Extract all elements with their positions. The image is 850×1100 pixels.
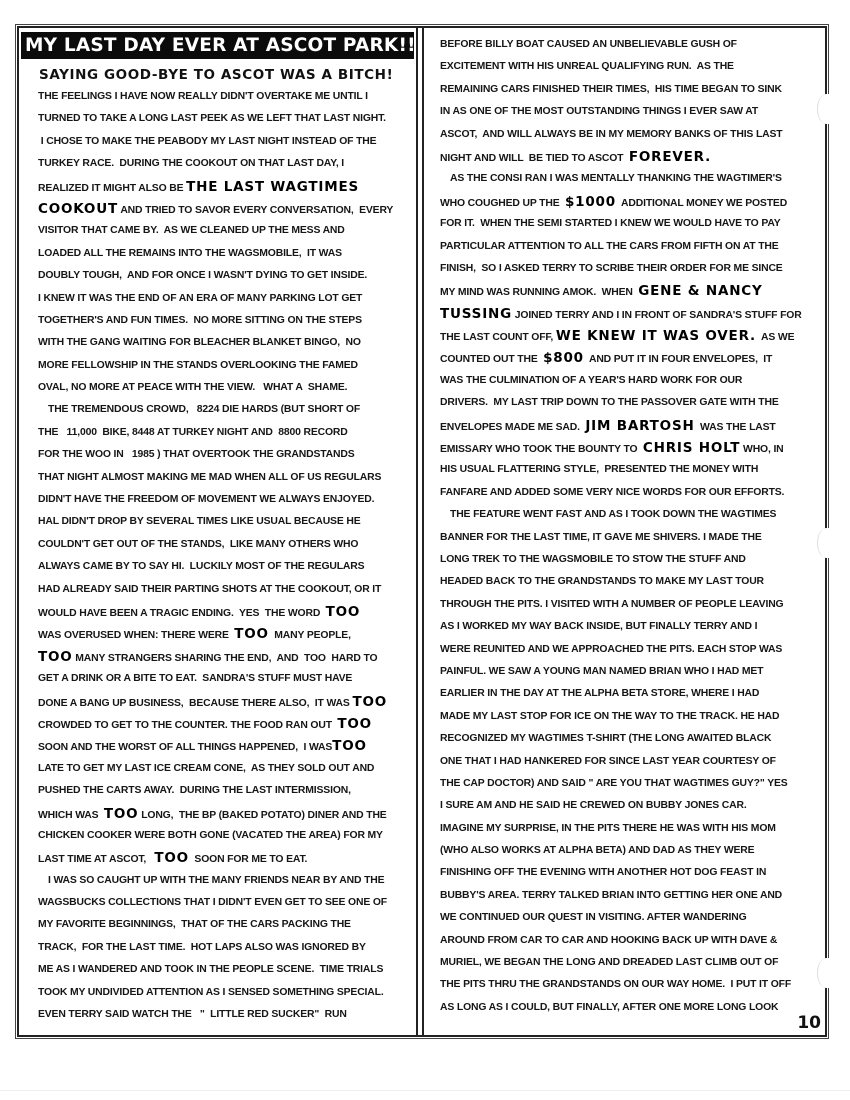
text-line: TOOK MY UNDIVIDED ATTENTION AS I SENSED … [38,982,416,1004]
text-line: VISITOR THAT CAME BY. AS WE CLEANED UP T… [38,220,416,242]
text-line: HEADED BACK TO THE GRANDSTANDS TO MAKE M… [440,571,825,593]
emphasized-text: $800 [543,350,584,366]
text-line: I WAS SO CAUGHT UP WITH THE MANY FRIENDS… [38,870,416,892]
text-line: I KNEW IT WAS THE END OF AN ERA OF MANY … [38,288,416,310]
text-line: HAD ALREADY SAID THEIR PARTING SHOTS AT … [38,579,416,601]
text-line: THE 11,000 BIKE, 8448 AT TURKEY NIGHT AN… [38,422,416,444]
text-line: MY MIND WAS RUNNING AMOK. WHEN GENE & NA… [440,280,825,302]
punch-hole-mark [817,528,836,558]
text-line: WAS OVERUSED WHEN: THERE WERE TOO MANY P… [38,623,416,645]
text-segment: THE LAST COUNT OFF, [440,332,556,343]
text-segment: EMISSARY WHO TOOK THE BOUNTY TO [440,444,643,455]
text-line: THAT NIGHT ALMOST MAKING ME MAD WHEN ALL… [38,467,416,489]
text-line: EXCITEMENT WITH HIS UNREAL QUALIFYING RU… [440,56,825,78]
punch-hole-mark [817,958,836,988]
text-line: (WHO ALSO WORKS AT ALPHA BETA) AND DAD A… [440,840,825,862]
text-line: LAST TIME AT ASCOT, TOO SOON FOR ME TO E… [38,847,416,869]
text-line: TOGETHER'S AND FUN TIMES. NO MORE SITTIN… [38,310,416,332]
text-segment: ENVELOPES MADE ME SAD. [440,422,585,433]
text-line: AS I WORKED MY WAY BACK INSIDE, BUT FINA… [440,616,825,638]
text-line: AS LONG AS I COULD, BUT FINALLY, AFTER O… [440,997,825,1019]
text-line: TRACK, FOR THE LAST TIME. HOT LAPS ALSO … [38,937,416,959]
text-line: WHO COUGHED UP THE $1000 ADDITIONAL MONE… [440,191,825,213]
text-line: COULDN'T GET OUT OF THE STANDS, LIKE MAN… [38,534,416,556]
emphasized-text: THE LAST WAGTIMES [186,179,359,195]
text-line: REMAINING CARS FINISHED THEIR TIMES, HIS… [440,79,825,101]
text-segment: ADDITIONAL MONEY WE POSTED [616,198,787,209]
text-line: ONE THAT I HAD HANKERED FOR SINCE LAST Y… [440,751,825,773]
text-segment: AS WE [756,332,794,343]
emphasized-text: TOO [332,738,367,754]
emphasized-text: TOO [154,850,189,866]
text-line: HIS USUAL FLATTERING STYLE, PRESENTED TH… [440,459,825,481]
text-line: TURNED TO TAKE A LONG LAST PEEK AS WE LE… [38,108,416,130]
text-line: BANNER FOR THE LAST TIME, IT GAVE ME SHI… [440,527,825,549]
text-line: IN AS ONE OF THE MOST OUTSTANDING THINGS… [440,101,825,123]
text-segment: LONG, THE BP (BAKED POTATO) DINER AND TH… [138,810,386,821]
text-segment: MANY STRANGERS SHARING THE END, AND TOO … [73,653,378,664]
right-column: BEFORE BILLY BOAT CAUSED AN UNBELIEVABLE… [422,28,825,1035]
text-line: EVEN TERRY SAID WATCH THE " LITTLE RED S… [38,1004,416,1026]
text-line: WERE REUNITED AND WE APPROACHED THE PITS… [440,639,825,661]
text-line: THROUGH THE PITS. I VISITED WITH A NUMBE… [440,594,825,616]
text-line: DIDN'T HAVE THE FREEDOM OF MOVEMENT WE A… [38,489,416,511]
text-line: WAS THE CULMINATION OF A YEAR'S HARD WOR… [440,370,825,392]
text-line: MY FAVORITE BEGINNINGS, THAT OF THE CARS… [38,914,416,936]
text-line: NIGHT AND WILL BE TIED TO ASCOT FOREVER. [440,146,825,168]
text-segment: SOON FOR ME TO EAT. [189,854,307,865]
text-line: CHICKEN COOKER WERE BOTH GONE (VACATED T… [38,825,416,847]
emphasized-text: COOKOUT [38,201,118,217]
emphasized-text: TOO [326,604,361,620]
text-line: WHICH WAS TOO LONG, THE BP (BAKED POTATO… [38,803,416,825]
text-line: THE FEELINGS I HAVE NOW REALLY DIDN'T OV… [38,86,416,108]
text-line: PAINFUL. WE SAW A YOUNG MAN NAMED BRIAN … [440,661,825,683]
text-line: HAL DIDN'T DROP BY SEVERAL TIMES LIKE US… [38,511,416,533]
text-segment: CROWDED TO GET TO THE COUNTER. THE FOOD … [38,720,337,731]
text-line: TOO MANY STRANGERS SHARING THE END, AND … [38,646,416,668]
text-line: BUBBY'S AREA. TERRY TALKED BRIAN INTO GE… [440,885,825,907]
emphasized-text: TOO [352,694,387,710]
text-line: ASCOT, AND WILL ALWAYS BE IN MY MEMORY B… [440,124,825,146]
text-line: I CHOSE TO MAKE THE PEABODY MY LAST NIGH… [38,131,416,153]
text-line: EARLIER IN THE DAY AT THE ALPHA BETA STO… [440,683,825,705]
text-line: THE LAST COUNT OFF, WE KNEW IT WAS OVER.… [440,325,825,347]
text-segment: WAS THE LAST [695,422,776,433]
text-line: TUSSING JOINED TERRY AND I IN FRONT OF S… [440,303,825,325]
text-segment: WHICH WAS [38,810,104,821]
right-column-text: BEFORE BILLY BOAT CAUSED AN UNBELIEVABLE… [424,34,825,1019]
scan-artifact-line [0,1090,850,1091]
text-segment: NIGHT AND WILL BE TIED TO ASCOT [440,153,629,164]
text-line: DOUBLY TOUGH, AND FOR ONCE I WASN'T DYIN… [38,265,416,287]
text-line: MURIEL, WE BEGAN THE LONG AND DREADED LA… [440,952,825,974]
text-line: THE PITS THRU THE GRANDSTANDS ON OUR WAY… [440,974,825,996]
text-line: LONG TREK TO THE WAGSMOBILE TO STOW THE … [440,549,825,571]
text-line: FINISH, SO I ASKED TERRY TO SCRIBE THEIR… [440,258,825,280]
text-line: GET A DRINK OR A BITE TO EAT. SANDRA'S S… [38,668,416,690]
left-column-text: THE FEELINGS I HAVE NOW REALLY DIDN'T OV… [19,86,416,1026]
text-line: FOR IT. WHEN THE SEMI STARTED I KNEW WE … [440,213,825,235]
text-segment: JOINED TERRY AND I IN FRONT OF SANDRA'S … [512,310,802,321]
text-line: WE CONTINUED OUR QUEST IN VISITING. AFTE… [440,907,825,929]
text-line: MADE MY LAST STOP FOR ICE ON THE WAY TO … [440,706,825,728]
emphasized-text: JIM BARTOSH [585,418,694,434]
text-line: THE CAP DOCTOR) AND SAID " ARE YOU THAT … [440,773,825,795]
newsletter-page: MY LAST DAY EVER AT ASCOT PARK!!!!!! SAY… [17,26,827,1037]
emphasized-text: TOO [38,649,73,665]
emphasized-text: WE KNEW IT WAS OVER. [556,328,756,344]
text-line: SOON AND THE WORST OF ALL THINGS HAPPENE… [38,735,416,757]
emphasized-text: TOO [104,806,139,822]
text-line: AROUND FROM CAR TO CAR AND HOOKING BACK … [440,930,825,952]
text-line: ALWAYS CAME BY TO SAY HI. LUCKILY MOST O… [38,556,416,578]
text-line: FINISHING OFF THE EVENING WITH ANOTHER H… [440,862,825,884]
emphasized-text: GENE & NANCY [638,283,762,299]
text-line: MORE FELLOWSHIP IN THE STANDS OVERLOOKIN… [38,355,416,377]
left-column: MY LAST DAY EVER AT ASCOT PARK!!!!!! SAY… [19,28,418,1035]
text-segment: WHO COUGHED UP THE [440,198,565,209]
text-line: ENVELOPES MADE ME SAD. JIM BARTOSH WAS T… [440,415,825,437]
text-line: REALIZED IT MIGHT ALSO BE THE LAST WAGTI… [38,176,416,198]
text-line: IMAGINE MY SURPRISE, IN THE PITS THERE H… [440,818,825,840]
text-line: CROWDED TO GET TO THE COUNTER. THE FOOD … [38,713,416,735]
emphasized-text: TOO [337,716,372,732]
text-line: FOR THE WOO IN 1985 ) THAT OVERTOOK THE … [38,444,416,466]
emphasized-text: CHRIS HOLT [643,440,740,456]
text-line: PARTICULAR ATTENTION TO ALL THE CARS FRO… [440,236,825,258]
text-line: COOKOUT AND TRIED TO SAVOR EVERY CONVERS… [38,198,416,220]
emphasized-text: $1000 [565,194,616,210]
emphasized-text: FOREVER. [629,149,711,165]
text-line: DONE A BANG UP BUSINESS, BECAUSE THERE A… [38,691,416,713]
text-line: AS THE CONSI RAN I WAS MENTALLY THANKING… [440,168,825,190]
text-line: WAGSBUCKS COLLECTIONS THAT I DIDN'T EVEN… [38,892,416,914]
text-segment: REALIZED IT MIGHT ALSO BE [38,183,186,194]
text-segment: AND PUT IT IN FOUR ENVELOPES, IT [584,354,772,365]
text-line: WOULD HAVE BEEN A TRAGIC ENDING. YES THE… [38,601,416,623]
text-line: BEFORE BILLY BOAT CAUSED AN UNBELIEVABLE… [440,34,825,56]
text-line: COUNTED OUT THE $800 AND PUT IT IN FOUR … [440,347,825,369]
punch-hole-mark [817,94,836,124]
text-segment: COUNTED OUT THE [440,354,543,365]
emphasized-text: TUSSING [440,306,512,322]
text-line: DRIVERS. MY LAST TRIP DOWN TO THE PASSOV… [440,392,825,414]
text-line: FANFARE AND ADDED SOME VERY NICE WORDS F… [440,482,825,504]
text-line: THE FEATURE WENT FAST AND AS I TOOK DOWN… [440,504,825,526]
text-segment: AND TRIED TO SAVOR EVERY CONVERSATION, E… [118,205,393,216]
text-segment: LAST TIME AT ASCOT, [38,854,154,865]
page-number: 10 [797,1013,821,1033]
text-line: ME AS I WANDERED AND TOOK IN THE PEOPLE … [38,959,416,981]
text-line: RECOGNIZED MY WAGTIMES T-SHIRT (THE LONG… [440,728,825,750]
text-segment: WOULD HAVE BEEN A TRAGIC ENDING. YES THE… [38,608,326,619]
text-segment: DONE A BANG UP BUSINESS, BECAUSE THERE A… [38,698,352,709]
article-title: MY LAST DAY EVER AT ASCOT PARK!!!!!! [21,32,414,59]
text-segment: SOON AND THE WORST OF ALL THINGS HAPPENE… [38,742,332,753]
text-segment: MANY PEOPLE, [269,630,351,641]
text-line: TURKEY RACE. DURING THE COOKOUT ON THAT … [38,153,416,175]
text-line: I SURE AM AND HE SAID HE CREWED ON BUBBY… [440,795,825,817]
text-line: OVAL, NO MORE AT PEACE WITH THE VIEW. WH… [38,377,416,399]
article-subtitle: SAYING GOOD-BYE TO ASCOT WAS A BITCH! [39,65,416,85]
text-line: EMISSARY WHO TOOK THE BOUNTY TO CHRIS HO… [440,437,825,459]
text-line: LOADED ALL THE REMAINS INTO THE WAGSMOBI… [38,243,416,265]
text-line: PUSHED THE CARTS AWAY. DURING THE LAST I… [38,780,416,802]
text-segment: WAS OVERUSED WHEN: THERE WERE [38,630,234,641]
text-line: LATE TO GET MY LAST ICE CREAM CONE, AS T… [38,758,416,780]
text-line: WITH THE GANG WAITING FOR BLEACHER BLANK… [38,332,416,354]
text-line: THE TREMENDOUS CROWD, 8224 DIE HARDS (BU… [38,399,416,421]
emphasized-text: TOO [234,626,269,642]
text-segment: WHO, IN [740,444,783,455]
text-segment: MY MIND WAS RUNNING AMOK. WHEN [440,287,638,298]
